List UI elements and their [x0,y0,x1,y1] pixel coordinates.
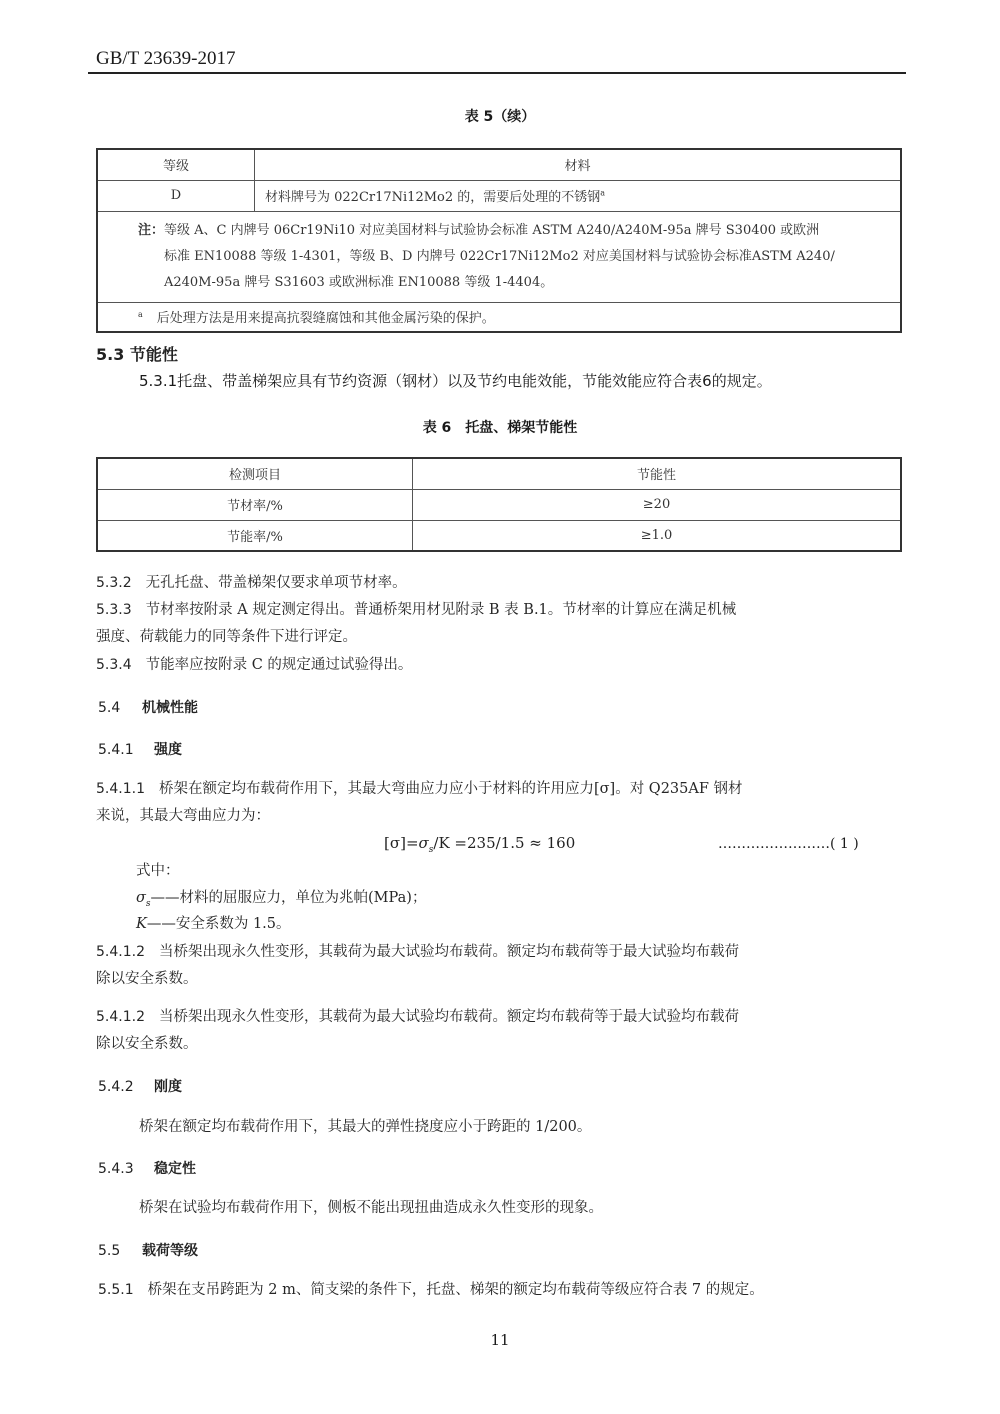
section-title: 刚度 [154,1079,182,1095]
clause-text: 桥架在额定均布载荷作用下，其最大弯曲应力应小于材料的许用应力[σ]。对 Q235… [159,781,743,797]
table5-header-row: 等级 材料 [97,149,901,180]
note-line-1: 等级 A、C 内牌号 06Cr19Ni10 对应美国材料与试验协会标准 ASTM… [138,218,890,244]
clause-number: 5.3.3 [96,597,132,624]
paragraph-5-3-3: 5.3.3节材率按附录 A 规定测定得出。普通桥架用材见附录 B 表 B.1。节… [96,597,906,651]
table-row: 节能率/% ≥1.0 [97,520,901,551]
clause-number: 5.4.1.1 [96,776,145,803]
table5-header-grade: 等级 [97,149,255,180]
table5-material-cell: 材料牌号为 022Cr17Ni12Mo2 的，需要后处理的不锈钢a [255,180,902,211]
equation-leader: …………………… [718,836,830,852]
standard-code: GB/T 23639-2017 [96,48,236,70]
equation-number: ……………………( 1 ) [718,836,859,852]
footnote-mark: a [138,310,143,319]
section-number: 5.4.2 [98,1079,154,1095]
clause-text-cont: 强度、荷载能力的同等条件下进行评定。 [96,624,906,651]
table6-value-cell: ≥20 [413,489,902,520]
table6-header-row: 检测项目 节能性 [97,458,901,489]
table6-item-cell: 节材率/% [97,489,413,520]
footnote-mark: a [600,189,605,198]
table5-note-cell: 注： 等级 A、C 内牌号 06Cr19Ni10 对应美国材料与试验协会标准 A… [97,211,901,302]
clause-text: 当桥架出现永久性变形，其载荷为最大试验均布载荷。额定均布载荷等于最大试验均布载荷 [159,944,739,960]
section-number: 5.4 [98,700,142,716]
paragraph-5-5-1: 5.5.1桥架在支吊跨距为 2 m、简支梁的条件下，托盘、梯架的额定均布载荷等级… [98,1277,908,1304]
table6-header-value: 节能性 [413,458,902,489]
clause-text-cont: 除以安全系数。 [96,966,906,993]
section-title: 强度 [154,742,182,758]
clause-text-cont: 来说，其最大弯曲应力为： [96,803,906,830]
table5: 等级 材料 D 材料牌号为 022Cr17Ni12Mo2 的，需要后处理的不锈钢… [96,148,902,333]
table6: 检测项目 节能性 节材率/% ≥20 节能率/% ≥1.0 [96,457,902,552]
section-5-4-3-heading: 5.4.3稳定性 [98,1158,196,1178]
equation-label: ( 1 ) [830,836,859,852]
header-rule [88,72,906,74]
clause-number: 5.4.1.2 [96,1004,145,1031]
footnote-text: 后处理方法是用来提高抗裂缝腐蚀和其他金属污染的保护。 [157,311,495,326]
section-5-5-heading: 5.5载荷等级 [98,1240,198,1260]
section-title: 载荷等级 [142,1243,198,1259]
table5-grade-cell: D [97,180,255,211]
paragraph-5-4-1-2-b: 5.4.1.2当桥架出现永久性变形，其载荷为最大试验均布载荷。额定均布载荷等于最… [96,1004,906,1058]
formula-rhs: /K =235/1.5 ≈ 160 [433,834,575,852]
clause-number: 5.5.1 [98,1277,134,1304]
section-number: 5.3 [96,345,124,364]
page-number: 11 [0,1331,1000,1349]
table6-header-item: 检测项目 [97,458,413,489]
clause-number: 5.3.2 [96,570,132,597]
paragraph-5-4-1-2-a: 5.4.1.2当桥架出现永久性变形，其载荷为最大试验均布载荷。额定均布载荷等于最… [96,939,906,993]
table6-value-cell: ≥1.0 [413,520,902,551]
clause-number: 5.4.1.2 [96,939,145,966]
note-line-2: 标准 EN10088 等级 1-4301，等级 B、D 内牌号 022Cr17N… [138,244,890,270]
clause-text: 无孔托盘、带盖梯架仅要求单项节材率。 [146,575,407,591]
where-item-k: K——安全系数为 1.5。 [136,911,291,938]
paragraph-5-3-2: 5.3.2无孔托盘、带盖梯架仅要求单项节材率。 [96,570,906,597]
table-row: D 材料牌号为 022Cr17Ni12Mo2 的，需要后处理的不锈钢a [97,180,901,211]
table5-note-row: 注： 等级 A、C 内牌号 06Cr19Ni10 对应美国材料与试验协会标准 A… [97,211,901,302]
clause-text: 当桥架出现永久性变形，其载荷为最大试验均布载荷。额定均布载荷等于最大试验均布载荷 [159,1009,739,1025]
symbol-desc: ——材料的屈服应力，单位为兆帕(MPa)； [151,890,427,906]
clause-text: 节材率按附录 A 规定测定得出。普通桥架用材见附录 B 表 B.1。节材率的计算… [146,602,737,618]
table5-caption: 表 5（续） [0,106,1000,126]
section-title: 节能性 [130,345,178,364]
section-5-4-2-heading: 5.4.2刚度 [98,1076,182,1096]
section-number: 5.5 [98,1243,142,1259]
note-line-3: A240M-95a 牌号 S31603 或欧洲标准 EN10088 等级 1-4… [138,270,890,296]
table-row: 节材率/% ≥20 [97,489,901,520]
paragraph-5-3-4: 5.3.4节能率应按附录 C 的规定通过试验得出。 [96,652,906,679]
where-label: 式中： [136,858,180,885]
section-title: 机械性能 [142,700,198,716]
paragraph-5-4-3: 桥架在试验均布载荷作用下，侧板不能出现扭曲造成永久性变形的现象。 [139,1195,603,1222]
clause-text: 节能率应按附录 C 的规定通过试验得出。 [146,657,413,673]
paragraph-5-3-1: 5.3.1托盘、带盖梯架应具有节约资源（钢材）以及节约电能效能，节能效能应符合表… [139,370,772,391]
section-5-3-heading: 5.3 节能性 [96,342,178,365]
symbol: K [136,916,147,932]
section-5-4-heading: 5.4机械性能 [98,697,198,717]
clause-text-cont: 除以安全系数。 [96,1031,906,1058]
clause-text: 桥架在支吊跨距为 2 m、简支梁的条件下，托盘、梯架的额定均布载荷等级应符合表 … [148,1282,764,1298]
table5-header-material: 材料 [255,149,902,180]
table6-caption: 表 6 托盘、梯架节能性 [0,417,1000,437]
paragraph-5-4-2: 桥架在额定均布载荷作用下，其最大的弹性挠度应小于跨距的 1/200。 [139,1114,591,1141]
formula-lhs: [σ] [384,834,406,852]
section-5-4-1-heading: 5.4.1强度 [98,739,182,759]
formula-1: [σ]=σs/K =235/1.5 ≈ 160 [384,834,575,855]
section-title: 稳定性 [154,1161,196,1177]
symbol: σ [136,890,146,906]
material-text: 材料牌号为 022Cr17Ni12Mo2 的，需要后处理的不锈钢 [265,190,600,205]
clause-number: 5.3.4 [96,652,132,679]
paragraph-5-4-1-1: 5.4.1.1桥架在额定均布载荷作用下，其最大弯曲应力应小于材料的许用应力[σ]… [96,776,906,830]
symbol-desc: ——安全系数为 1.5。 [147,916,291,932]
table6-item-cell: 节能率/% [97,520,413,551]
section-number: 5.4.3 [98,1161,154,1177]
table5-footnote-cell: a后处理方法是用来提高抗裂缝腐蚀和其他金属污染的保护。 [97,302,901,332]
section-number: 5.4.1 [98,742,154,758]
note-label: 注： [138,218,164,244]
formula-sigma: =σ [406,834,429,852]
table5-footnote-row: a后处理方法是用来提高抗裂缝腐蚀和其他金属污染的保护。 [97,302,901,332]
